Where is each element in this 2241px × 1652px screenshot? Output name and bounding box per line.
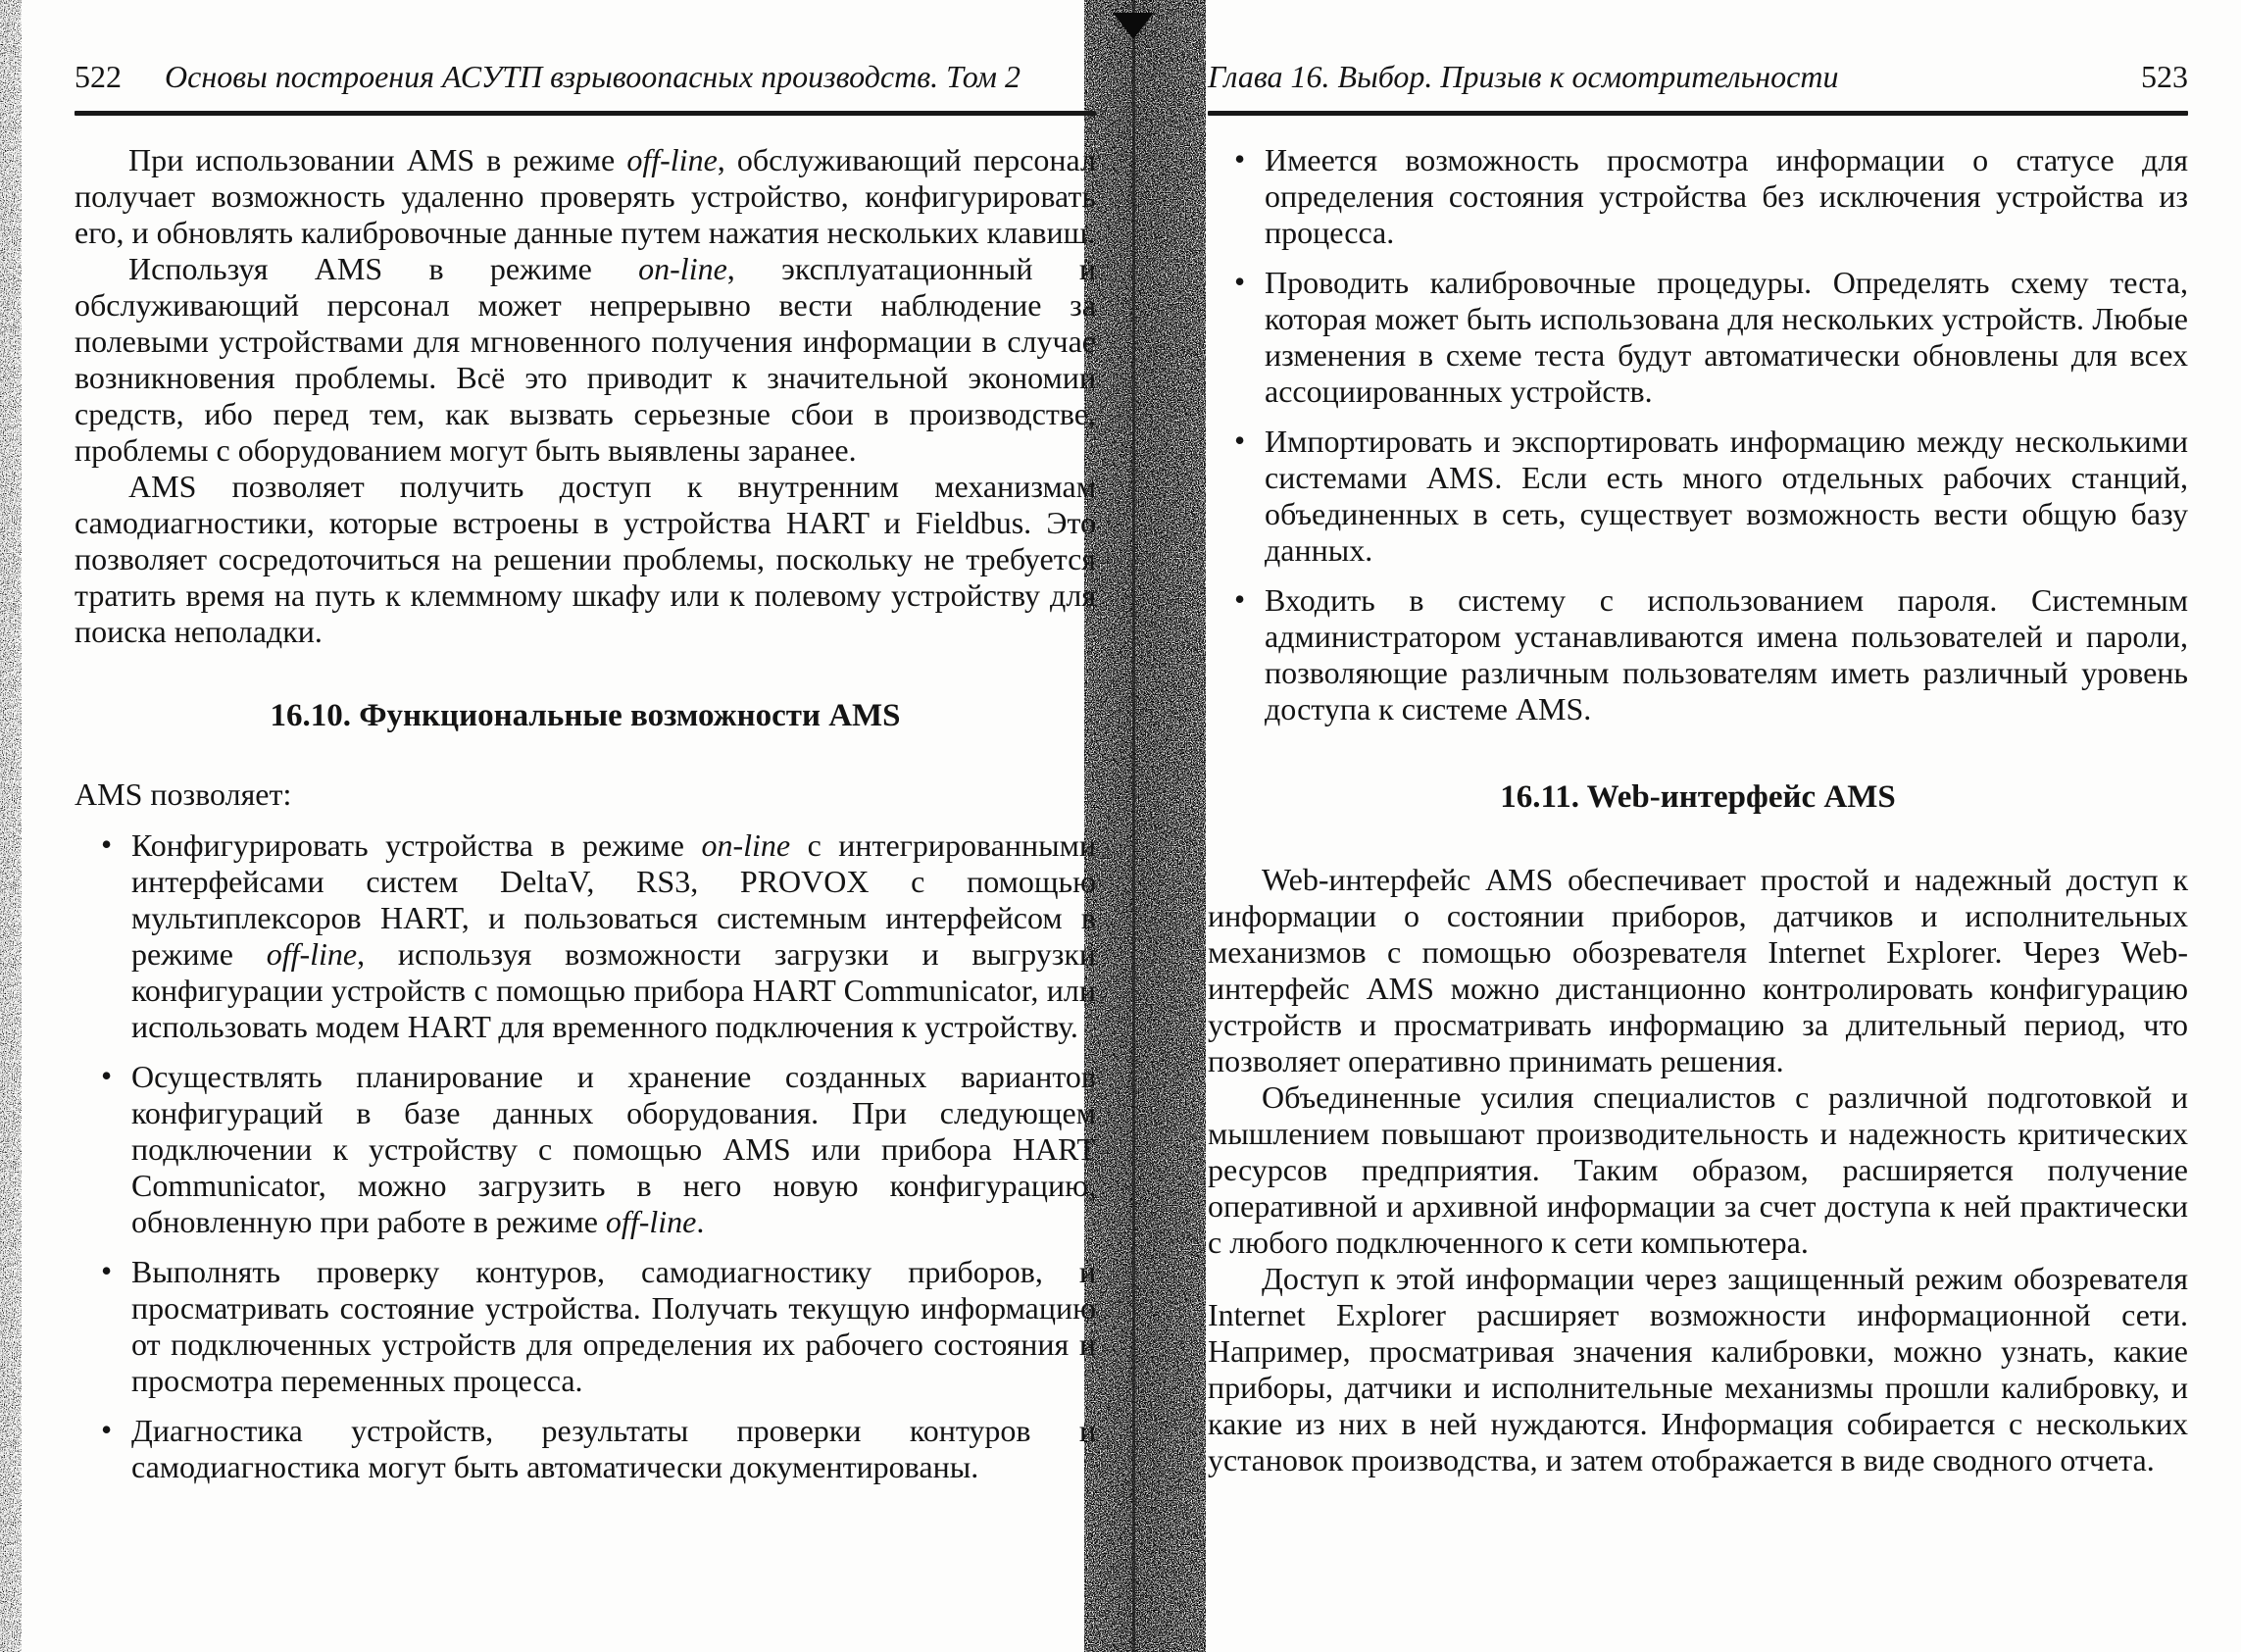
right-running-head-title: Глава 16. Выбор. Призыв к осмотрительнос…	[1208, 57, 1838, 96]
list-item: • Осуществлять планирование и хранение с…	[75, 1059, 1096, 1240]
right-page-body: • Имеется возможность просмотра информац…	[1208, 142, 2188, 1478]
left-running-head-title: Основы построения АСУТП взрывоопасных пр…	[165, 57, 1021, 96]
section-heading-16-11: 16.11. Web-интерфейс AMS	[1208, 779, 2188, 816]
left-header-rule	[75, 111, 1096, 116]
bullet-icon: •	[1234, 423, 1245, 459]
list-item-text: Конфигурировать устройства в режиме on-l…	[131, 827, 1096, 1044]
list-item: • Выполнять проверку контуров, самодиагн…	[75, 1254, 1096, 1399]
list-item-text: Диагностика устройств, результаты провер…	[131, 1413, 1096, 1484]
paragraph: Доступ к этой информации через защищенны…	[1208, 1261, 2188, 1478]
paragraph: Объединенные усилия специалистов с разли…	[1208, 1079, 2188, 1261]
left-page-number: 522	[75, 57, 122, 96]
bullet-icon: •	[101, 1253, 112, 1289]
list-item-text: Выполнять проверку контуров, самодиагнос…	[131, 1254, 1096, 1398]
bullet-icon: •	[1234, 264, 1245, 300]
left-page-body: При использовании AMS в режиме off-line,…	[75, 142, 1096, 1485]
paragraph: При использовании AMS в режиме off-line,…	[75, 142, 1096, 251]
list-item: • Имеется возможность просмотра информац…	[1208, 142, 2188, 251]
gutter-fold-line	[1132, 0, 1135, 1652]
right-running-head: Глава 16. Выбор. Призыв к осмотрительнос…	[1208, 57, 2188, 96]
bullet-icon: •	[1234, 581, 1245, 618]
section-heading-16-10: 16.10. Функциональные возможности AMS	[75, 698, 1096, 734]
scan-edge-noise	[0, 0, 22, 1652]
page-left: 522 Основы построения АСУТП взрывоопасны…	[75, 57, 1096, 1485]
list-item-text: Импортировать и экспортировать информаци…	[1265, 424, 2188, 568]
bullet-icon: •	[101, 1058, 112, 1094]
page-right: Глава 16. Выбор. Призыв к осмотрительнос…	[1208, 57, 2188, 1478]
list-item: • Импортировать и экспортировать информа…	[1208, 424, 2188, 569]
list-item-text: Осуществлять планирование и хранение соз…	[131, 1059, 1096, 1239]
book-gutter-shadow	[1084, 0, 1206, 1652]
book-spread: 522 Основы построения АСУТП взрывоопасны…	[0, 0, 2241, 1652]
list-item: • Проводить калибровочные процедуры. Опр…	[1208, 265, 2188, 410]
list-item-text: Входить в систему с использованием парол…	[1265, 582, 2188, 726]
bullet-icon: •	[1234, 141, 1245, 177]
bullet-icon: •	[101, 1412, 112, 1448]
list-item: • Диагностика устройств, результаты пров…	[75, 1413, 1096, 1485]
list-item: • Конфигурировать устройства в режиме on…	[75, 827, 1096, 1045]
bullet-icon: •	[101, 826, 112, 863]
paragraph: AMS позволяет получить доступ к внутренн…	[75, 469, 1096, 650]
paragraph: Используя AMS в режиме on-line, эксплуат…	[75, 251, 1096, 469]
list-item: • Входить в систему с использованием пар…	[1208, 582, 2188, 727]
list-item-text: Проводить калибровочные процедуры. Опред…	[1265, 265, 2188, 409]
list-intro: AMS позволяет:	[75, 776, 1096, 813]
gutter-fold-mark-icon	[1113, 13, 1154, 39]
paragraph: Web-интерфейс AMS обеспечивает простой и…	[1208, 862, 2188, 1079]
right-header-rule	[1208, 111, 2188, 116]
list-item-text: Имеется возможность просмотра информации…	[1265, 142, 2188, 250]
left-running-head: 522 Основы построения АСУТП взрывоопасны…	[75, 57, 1096, 96]
right-page-number: 523	[2141, 57, 2188, 96]
